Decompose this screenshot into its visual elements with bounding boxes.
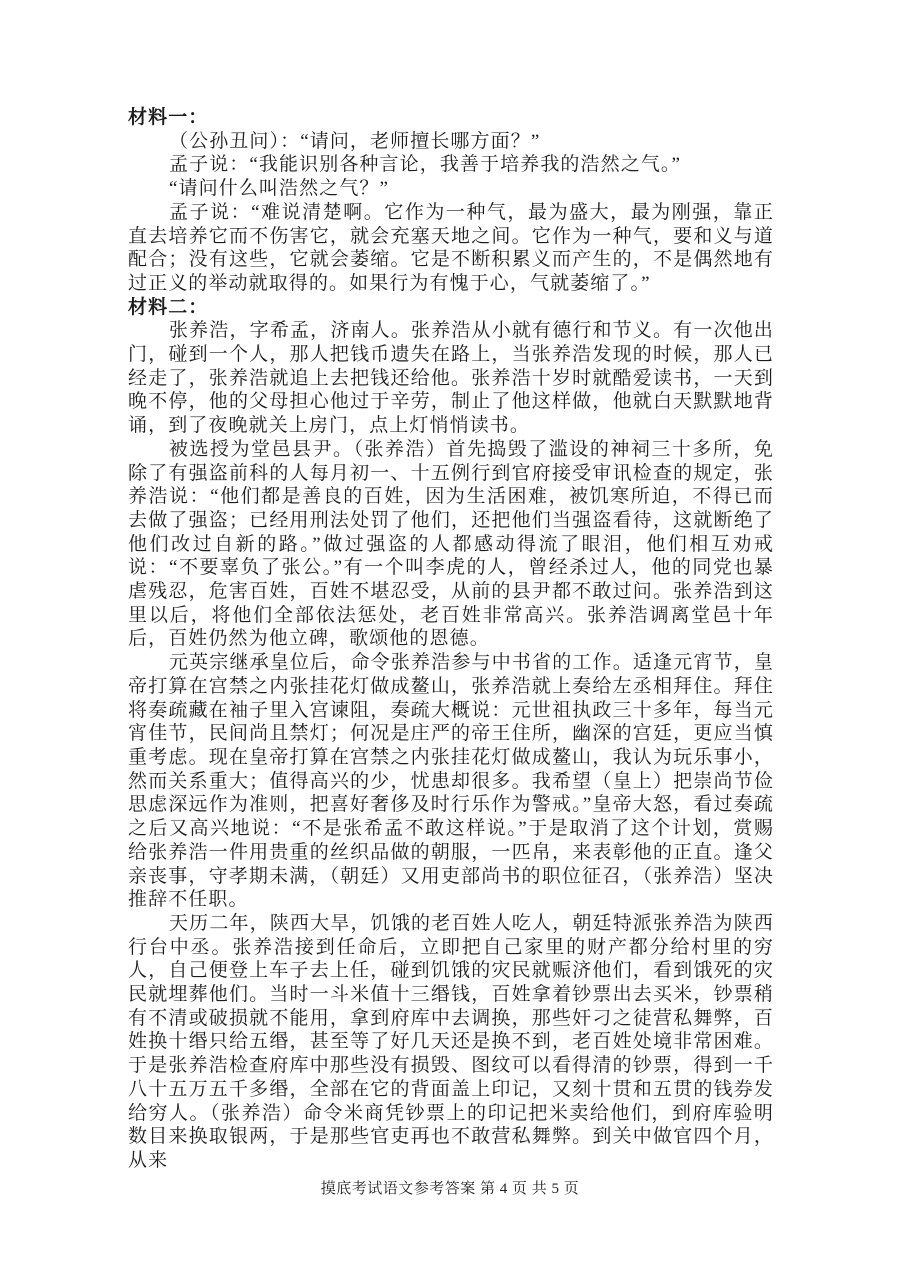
paragraph-gongsunchou-question: （公孙丑问）：“请问，老师擅长哪方面？” [128, 130, 774, 154]
paragraph-tangyi-county: 被选授为堂邑县尹。（张养浩）首先捣毁了滥设的神祠三十多所，免除了有强盗前科的人每… [128, 438, 774, 651]
paragraph-yuan-yingzong: 元英宗继承皇位后，命令张养浩参与中书省的工作。适逢元宵节，皇帝打算在宫禁之内张挂… [128, 651, 774, 912]
footer-title: 摸底考试语文参考答案 [321, 1181, 476, 1197]
footer-page-info: 第 4 页 共 5 页 [480, 1181, 579, 1197]
paragraph-zhangyanghao-youth: 张养浩，字希孟，济南人。张养浩从小就有德行和节义。有一次他出门，碰到一个人，那人… [128, 319, 774, 438]
paragraph-mengzi-answer-1: 孟子说：“我能识别各种言论，我善于培养我的浩然之气。” [128, 153, 774, 177]
document-body: 材料一： （公孙丑问）：“请问，老师擅长哪方面？” 孟子说：“我能识别各种言论，… [128, 106, 774, 1173]
material-two-heading: 材料二： [128, 296, 774, 320]
paragraph-mengzi-answer-2: 孟子说：“难说清楚啊。它作为一种气，最为盛大，最为刚强，靠正直去培养它而不伤害它… [128, 201, 774, 296]
page-footer: 摸底考试语文参考答案 第 4 页 共 5 页 [0, 1177, 900, 1198]
material-one-heading: 材料一： [128, 106, 774, 130]
paragraph-haoran-question: “请问什么叫浩然之气？” [128, 177, 774, 201]
document-page: 材料一： （公孙丑问）：“请问，老师擅长哪方面？” 孟子说：“我能识别各种言论，… [0, 0, 900, 1273]
paragraph-tianli-famine: 天历二年，陕西大旱，饥饿的老百姓人吃人，朝廷特派张养浩为陕西行台中丞。张养浩接到… [128, 912, 774, 1173]
